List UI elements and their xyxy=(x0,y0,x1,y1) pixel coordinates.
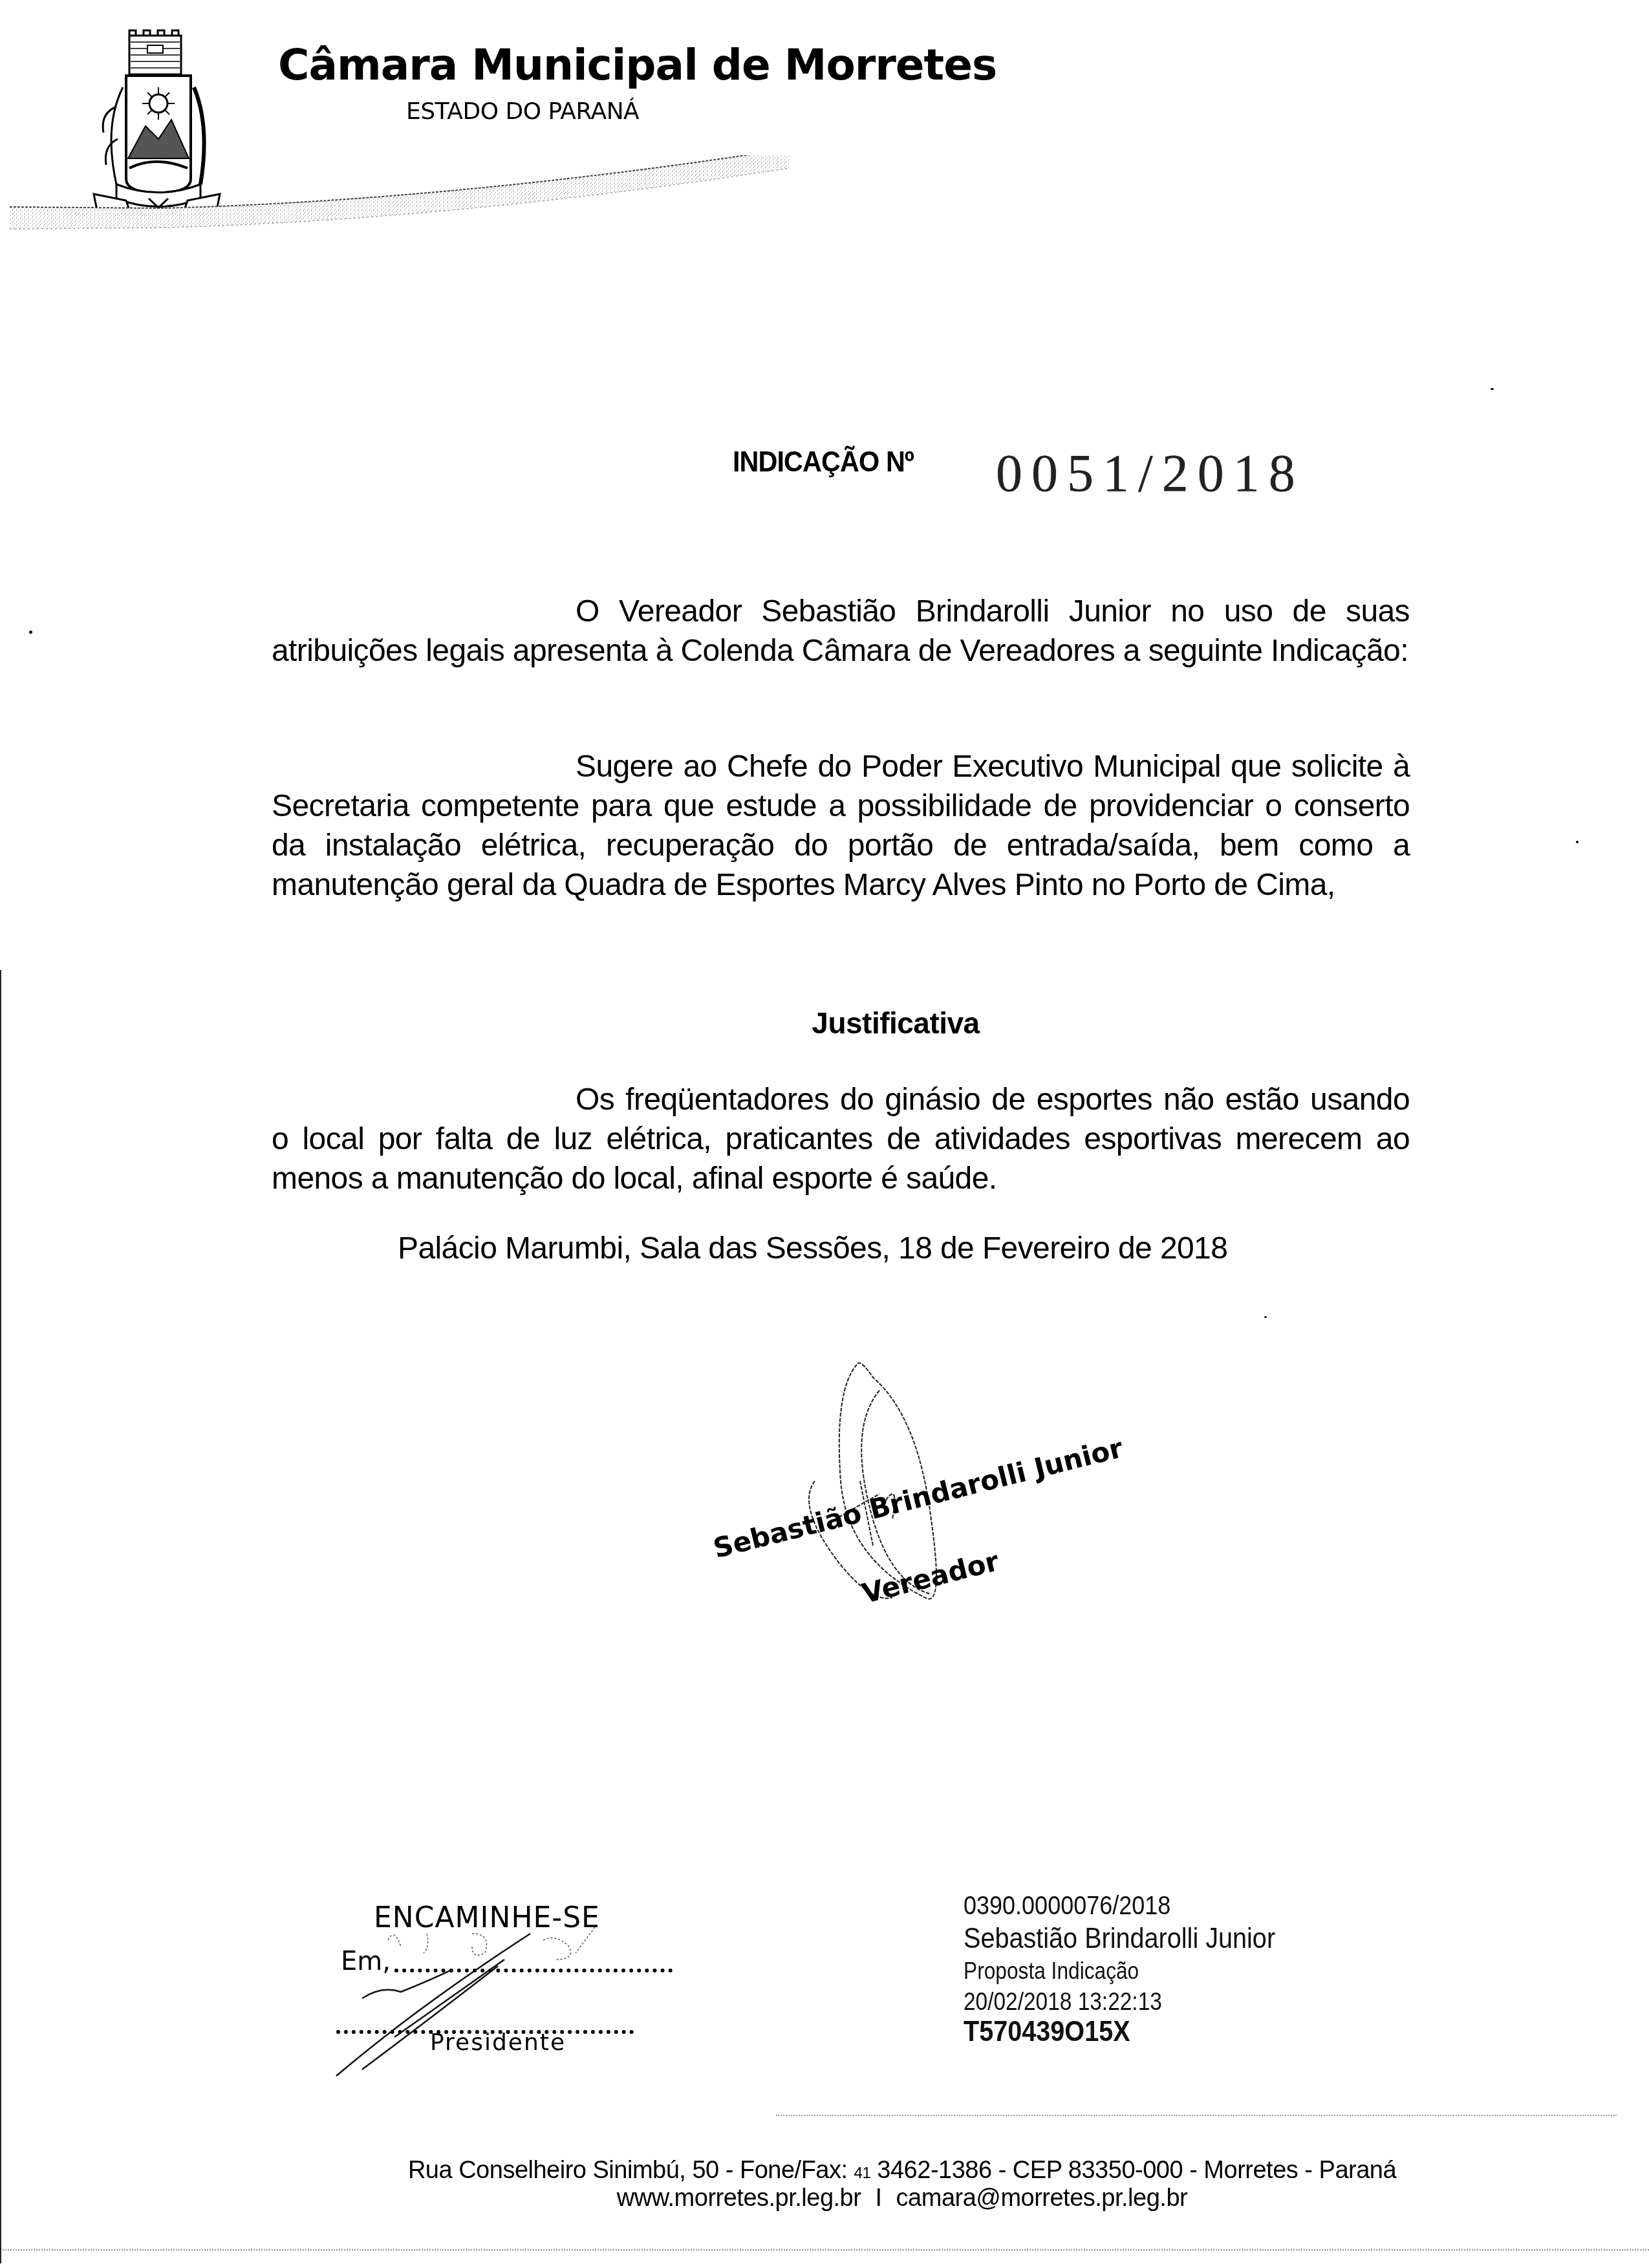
document-number: 0051/2018 xyxy=(996,443,1304,504)
justification-paragraph: Os freqüentadores do ginásio de esportes… xyxy=(272,1080,1410,1198)
protocol-number: 0390.0000076/2018 xyxy=(964,1892,1170,1921)
president-handwritten-signature xyxy=(323,1927,711,2082)
footer-divider-bottom xyxy=(0,2249,1649,2251)
scan-speck xyxy=(1576,841,1579,843)
signatory-role: Vereador xyxy=(859,1545,1002,1610)
request-paragraph: Sugere ao Chefe do Poder Executivo Munic… xyxy=(272,747,1410,905)
footer-contacts: www.morretes.pr.leg.br I camara@morretes… xyxy=(0,2185,1649,2212)
footer-address: Rua Conselheiro Sinimbú, 50 - Fone/Fax: … xyxy=(0,2157,1649,2185)
intro-paragraph: O Vereador Sebastião Brindarolli Junior … xyxy=(272,592,1410,671)
protocol-type: Proposta Indicação xyxy=(964,1958,1139,1985)
footer-email-link[interactable]: camara@morretes.pr.leg.br xyxy=(896,2185,1188,2212)
footer-divider-top xyxy=(776,2115,1617,2116)
signature-stamp: Sebastião Brindarolli Junior Vereador xyxy=(718,1481,1106,1649)
header-decorative-swoosh xyxy=(0,155,808,246)
protocol-code: T570439O15X xyxy=(964,2016,1130,2048)
scan-speck xyxy=(29,631,32,634)
intro-rest: atribuições legais apresenta à Colenda C… xyxy=(272,634,1408,668)
request-first-line: Sugere ao Chefe do Poder Executivo Munic… xyxy=(576,750,1281,784)
scan-edge-line xyxy=(0,970,1,2263)
document-title: INDICAÇÃO Nº xyxy=(733,445,914,479)
place-and-date: Palácio Marumbi, Sala das Sessões, 18 de… xyxy=(398,1231,1227,1266)
footer-address-rest: 3462-1386 - CEP 83350-000 - Morretes - P… xyxy=(870,2157,1396,2184)
footer-website-link[interactable]: www.morretes.pr.leg.br xyxy=(617,2185,861,2212)
justification-first-line: Os freqüentadores do ginásio de esportes… xyxy=(576,1083,1299,1117)
footer-address-street: Rua Conselheiro Sinimbú, 50 - Fone/Fax: xyxy=(408,2157,854,2184)
organization-name: Câmara Municipal de Morretes xyxy=(278,40,997,90)
scan-speck xyxy=(1491,388,1494,390)
intro-first-line: O Vereador Sebastião Brindarolli Junior … xyxy=(576,594,1410,629)
protocol-author: Sebastião Brindarolli Junior xyxy=(964,1923,1275,1955)
scan-speck xyxy=(1264,1316,1267,1318)
protocol-datetime: 20/02/2018 13:22:13 xyxy=(964,1989,1162,2016)
organization-state: ESTADO DO PARANÁ xyxy=(406,98,639,125)
footer-separator: I xyxy=(875,2185,881,2212)
justification-heading: Justificativa xyxy=(0,1006,1649,1041)
footer-area-code: 41 xyxy=(854,2165,871,2182)
